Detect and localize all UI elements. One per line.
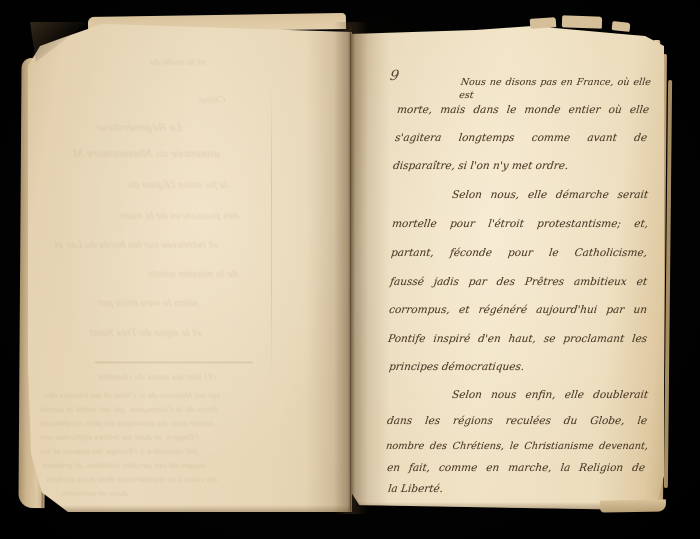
torn-paper-remnant [612,21,631,32]
bottom-corner-page-edge [600,499,666,512]
left-page [28,24,352,512]
paper-crease [271,84,272,384]
torn-paper-remnant [530,17,557,29]
photo-stage: et la melle deChine.Le Régénérateurannon… [0,0,700,539]
torn-paper-remnant [562,15,602,28]
right-page [350,26,664,510]
